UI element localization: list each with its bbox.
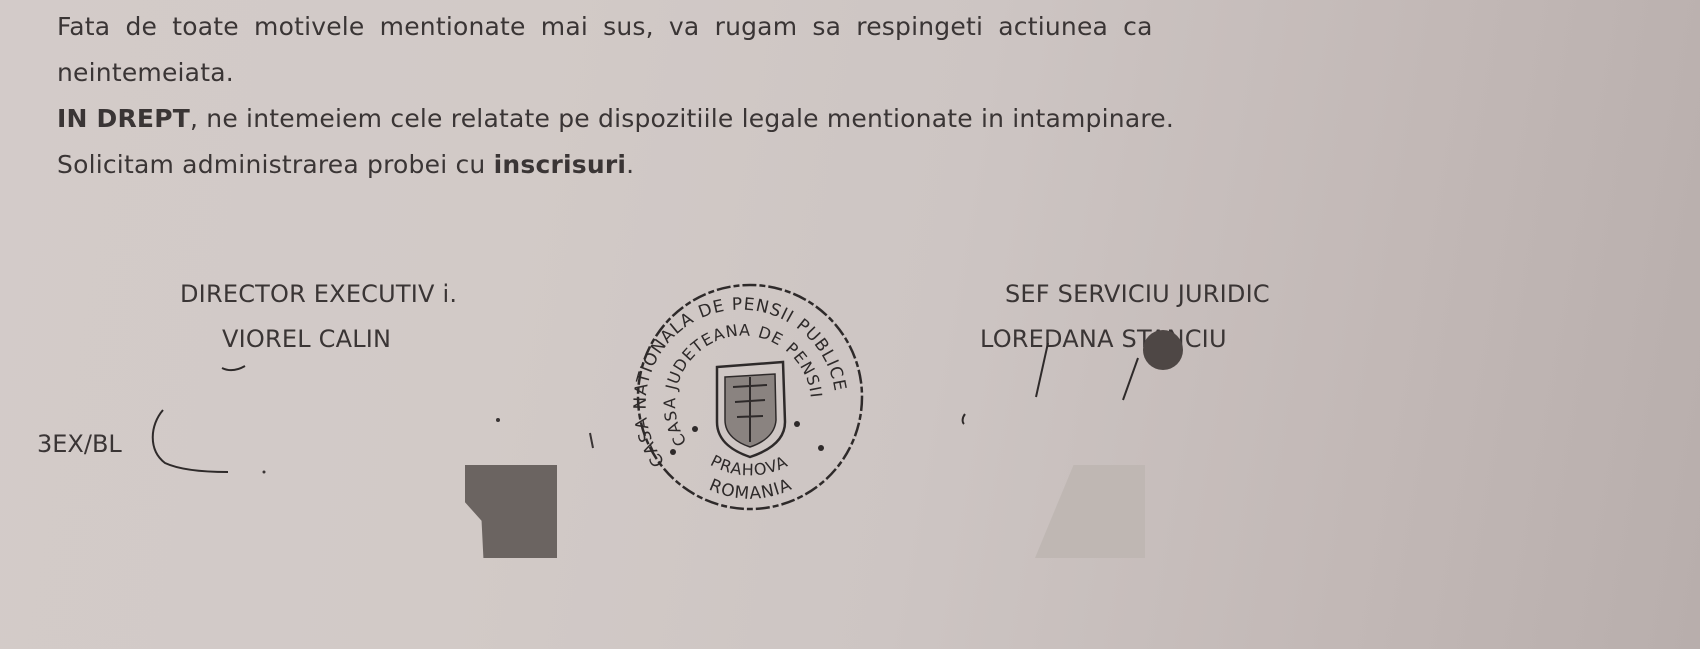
in-drept-heading: IN DREPT bbox=[57, 104, 190, 133]
body-text: neintemeiata. bbox=[57, 58, 234, 87]
right-signatory-name: LOREDANA STANCIU bbox=[980, 325, 1227, 353]
body-text-bold: inscrisuri bbox=[494, 150, 627, 179]
svg-text:PRAHOVA: PRAHOVA bbox=[708, 451, 791, 479]
body-line-3: IN DREPT, ne intemeiem cele relatate pe … bbox=[57, 104, 1174, 133]
body-line-1: Fata de toate motivele mentionate mai su… bbox=[57, 12, 1153, 41]
stamp-county: PRAHOVA bbox=[708, 451, 791, 479]
right-signatory-title: SEF SERVICIU JURIDIC bbox=[1005, 280, 1270, 308]
redaction-dot bbox=[1143, 330, 1183, 370]
body-line-4: Solicitam administrarea probei cu inscri… bbox=[57, 150, 634, 179]
redaction-block bbox=[1035, 465, 1145, 558]
body-text: Fata de toate motivele mentionate mai su… bbox=[57, 12, 1153, 41]
body-text: Solicitam administrarea probei cu bbox=[57, 150, 494, 179]
coat-of-arms-icon bbox=[717, 362, 785, 457]
body-text: . bbox=[626, 150, 634, 179]
redaction-block bbox=[465, 465, 557, 558]
left-signatory-name: VIOREL CALIN bbox=[222, 325, 391, 353]
body-text: , ne intemeiem cele relatate pe dispozit… bbox=[190, 104, 1174, 133]
body-line-2: neintemeiata. bbox=[57, 58, 234, 87]
left-signatory-title: DIRECTOR EXECUTIV i. bbox=[180, 280, 457, 308]
official-stamp: CASA NATIONALA DE PENSII PUBLICE CASA JU… bbox=[625, 272, 875, 522]
reference-code: 3EX/BL bbox=[37, 430, 122, 458]
document-page: Fata de toate motivele mentionate mai su… bbox=[0, 0, 1700, 649]
